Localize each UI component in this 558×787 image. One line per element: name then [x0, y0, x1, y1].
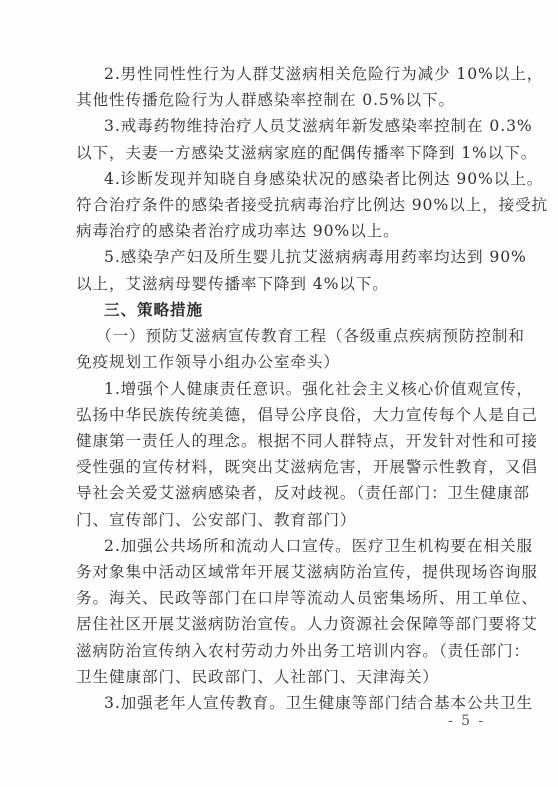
paragraph-line: 务对象集中活动区域常年开展艾滋病防治宣传，提供现场咨询服: [76, 562, 486, 582]
paragraph-line: 2.加强公共场所和流动人口宣传。医疗卫生机构要在相关服: [104, 536, 486, 556]
paragraph-line: 1.增强个人健康责任意识。强化社会主义核心价值观宣传，: [104, 379, 486, 399]
document-page: 2.男性同性性行为人群艾滋病相关危险行为减少 10%以上， 其他性传播危险行为人…: [0, 0, 558, 787]
section-heading: 三、策略措施: [104, 300, 486, 320]
paragraph-line: 卫生健康部门、民政部门、人社部门、天津海关）: [76, 667, 486, 687]
paragraph-line: 其他性传播危险行为人群感染率控制在 0.5%以下。: [76, 90, 486, 110]
paragraph-line: 5.感染孕产妇及所生婴儿抗艾滋病病毒用药率均达到 90%: [104, 247, 486, 267]
paragraph-line: 病毒治疗的感染者治疗成功率达 90%以上。: [76, 221, 486, 241]
paragraph-line: 2.男性同性性行为人群艾滋病相关危险行为减少 10%以上，: [104, 64, 486, 84]
paragraph-line: 符合治疗条件的感染者接受抗病毒治疗比例达 90%以上，接受抗: [76, 195, 486, 215]
paragraph-line: 4.诊断发现并知晓自身感染状况的感染者比例达 90%以上。: [104, 169, 486, 189]
paragraph-line: 导社会关爱艾滋病感染者，反对歧视。（责任部门：卫生健康部: [76, 483, 486, 503]
subsection-heading-cont: 免疫规划工作领导小组办公室牵头）: [76, 352, 486, 372]
paragraph-line: 3.加强老年人宣传教育。卫生健康等部门结合基本公共卫生: [104, 693, 486, 713]
paragraph-line: 健康第一责任人的理念。根据不同人群特点，开发针对性和可接: [76, 431, 486, 451]
paragraph-line: 弘扬中华民族传统美德，倡导公序良俗，大力宣传每个人是自己: [76, 405, 486, 425]
paragraph-line: 以上，艾滋病母婴传播率下降到 4%以下。: [76, 274, 486, 294]
paragraph-line: 居住社区开展艾滋病防治宣传。人力资源社会保障等部门要将艾: [76, 614, 486, 634]
paragraph-line: 务。海关、民政等部门在口岸等流动人员密集场所、用工单位、: [76, 588, 486, 608]
paragraph-line: 以下，夫妻一方感染艾滋病家庭的配偶传播率下降到 1%以下。: [76, 143, 486, 163]
paragraph-line: 滋病防治宣传纳入农村劳动力外出务工培训内容。（责任部门：: [76, 641, 486, 661]
paragraph-line: 门、宣传部门、公安部门、教育部门）: [76, 510, 486, 530]
paragraph-line: 受性强的宣传材料，既突出艾滋病危害，开展警示性教育，又倡: [76, 457, 486, 477]
paragraph-line: 3.戒毒药物维持治疗人员艾滋病年新发感染率控制在 0.3%: [104, 116, 486, 136]
subsection-heading: （一）预防艾滋病宣传教育工程（各级重点疾病预防控制和: [96, 326, 506, 346]
page-number: - 5 -: [448, 712, 485, 730]
